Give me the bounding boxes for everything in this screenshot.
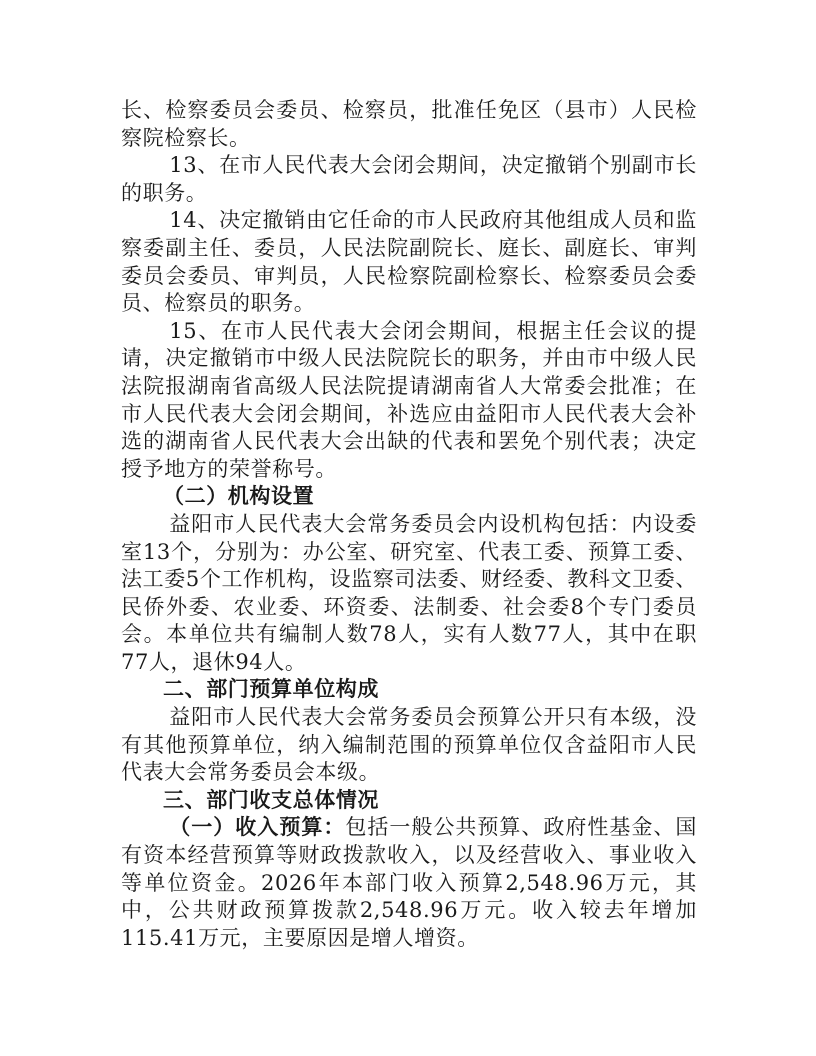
paragraph-continuation: 长、检察委员会委员、检察员，批准任免区（县市）人民检察院检察长。 (121, 97, 697, 152)
document-page: 长、检察委员会委员、检察员，批准任免区（县市）人民检察院检察长。 13、在市人民… (121, 97, 697, 952)
paragraph-item-15: 15、在市人民代表大会闭会期间，根据主任会议的提请，决定撤销市中级人民法院院长的… (121, 318, 697, 484)
heading-organization-setup: （二）机构设置 (121, 483, 697, 511)
paragraph-budget-units: 益阳市人民代表大会常务委员会预算公开只有本级，没有其他预算单位，纳入编制范围的预… (121, 704, 697, 787)
paragraph-organization: 益阳市人民代表大会常务委员会内设机构包括：内设委室13个，分别为：办公室、研究室… (121, 511, 697, 677)
paragraph-income-budget: （一）收入预算：包括一般公共预算、政府性基金、国有资本经营预算等财政拨款收入，以… (121, 814, 697, 952)
paragraph-item-13: 13、在市人民代表大会闭会期间，决定撤销个别副市长的职务。 (121, 152, 697, 207)
heading-income-expenditure: 三、部门收支总体情况 (121, 787, 697, 815)
income-budget-label: （一）收入预算： (169, 815, 345, 839)
paragraph-item-14: 14、决定撤销由它任命的市人民政府其他组成人员和监察委副主任、委员，人民法院副院… (121, 207, 697, 317)
heading-budget-units: 二、部门预算单位构成 (121, 676, 697, 704)
